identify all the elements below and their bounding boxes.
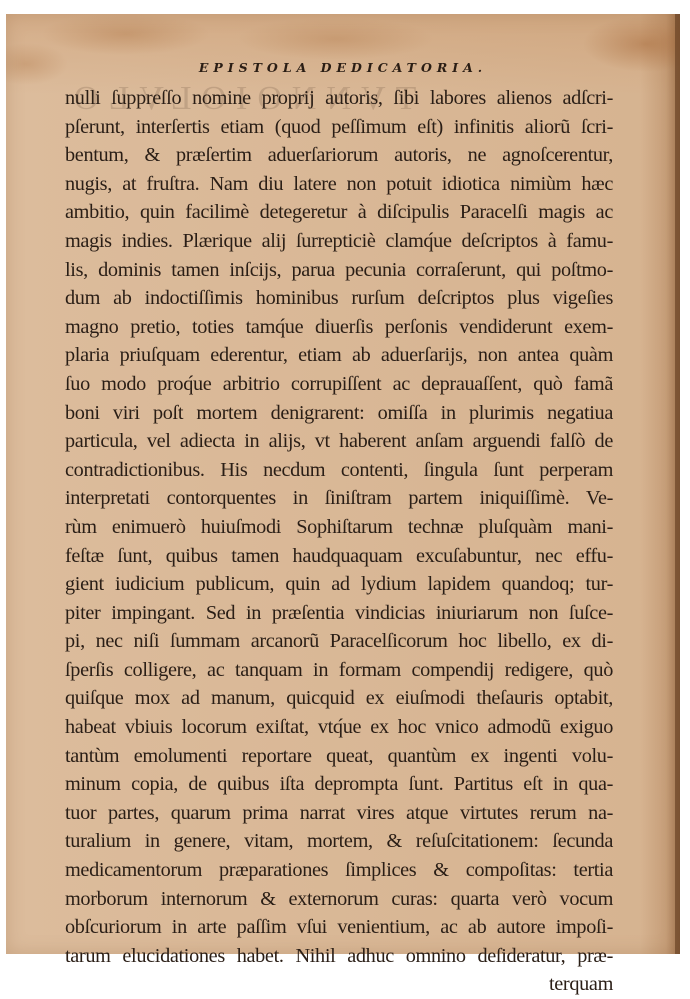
text-line: magno pretio, toties tamq́ue diuerſis pe… xyxy=(65,313,613,342)
text-line: dum ab indoctiſſimis hominibus rurſum de… xyxy=(65,284,613,313)
text-line: bentum, & præſertim aduerſariorum autori… xyxy=(65,141,613,170)
text-line: pi, nec niſi ſummam arcanorũ Paracelſico… xyxy=(65,627,613,656)
text-line: obſcuriorum in arte paſſim vſui venienti… xyxy=(65,913,613,942)
text-line: habeat vbiuis locorum exiſtat, vtq́ue ex… xyxy=(65,713,613,742)
text-line: feſtæ ſunt, quibus tamen haudquaquam exc… xyxy=(65,542,613,571)
text-line: lis, dominis tamen inſcijs, parua pecuni… xyxy=(65,256,613,285)
text-line: rùm enimuerò huiuſmodi Sophiſtarum techn… xyxy=(65,513,613,542)
text-line: medicamentorum præparationes ſimplices &… xyxy=(65,856,613,885)
text-line: ſperſis colligere, ac tanquam in formam … xyxy=(65,656,613,685)
text-line: tantùm emolumenti reportare queat, quant… xyxy=(65,742,613,771)
text-line: gient iudicium publicum, quin ad lydium … xyxy=(65,570,613,599)
text-line: nulli ſuppreſſo nomine proprij autoris, … xyxy=(65,84,613,113)
text-line: piter impingant. Sed in præſentia vindic… xyxy=(65,599,613,628)
text-line: particula, vel adiecta in alijs, vt habe… xyxy=(65,427,613,456)
text-line: quiſque mox ad manum, quicquid ex eiuſmo… xyxy=(65,684,613,713)
page-edge-shadow xyxy=(675,14,680,954)
body-text: nulli ſuppreſſo nomine proprij autoris, … xyxy=(65,84,613,976)
text-line: morborum internorum & externorum curas: … xyxy=(65,885,613,914)
text-line: nugis, at fruſtra. Nam diu latere non po… xyxy=(65,170,613,199)
text-line: tarum elucidationes habet. Nihil adhuc o… xyxy=(65,942,613,971)
catchword: terquam xyxy=(65,970,613,976)
text-line: pſerunt, interſertis etiam (quod peſſimu… xyxy=(65,113,613,142)
text-line: contradictionibus. His necdum contenti, … xyxy=(65,456,613,485)
text-line: tuor partes, quarum prima narrat vires a… xyxy=(65,799,613,828)
text-line: ſuo modo proq́ue arbitrio corrupiſſent a… xyxy=(65,370,613,399)
text-line: plaria priuſquam ederentur, etiam ab adu… xyxy=(65,341,613,370)
text-line: minum copia, de quibus iſta deprompta ſu… xyxy=(65,770,613,799)
text-line: ambitio, quin facilimè detegeretur à diſ… xyxy=(65,198,613,227)
text-line: turalium in genere, vitam, mortem, & reſ… xyxy=(65,827,613,856)
book-page: TVNNOIOLVLO EPISTOLA DEDICATORIA. nulli … xyxy=(6,14,680,954)
text-line: magis indies. Plærique alij ſurrepticiè … xyxy=(65,227,613,256)
text-line: interpretati contorquentes in ſiniſtram … xyxy=(65,484,613,513)
text-line: boni viri poſt mortem denigrarent: omiſſ… xyxy=(65,399,613,428)
running-head: EPISTOLA DEDICATORIA. xyxy=(6,60,680,75)
